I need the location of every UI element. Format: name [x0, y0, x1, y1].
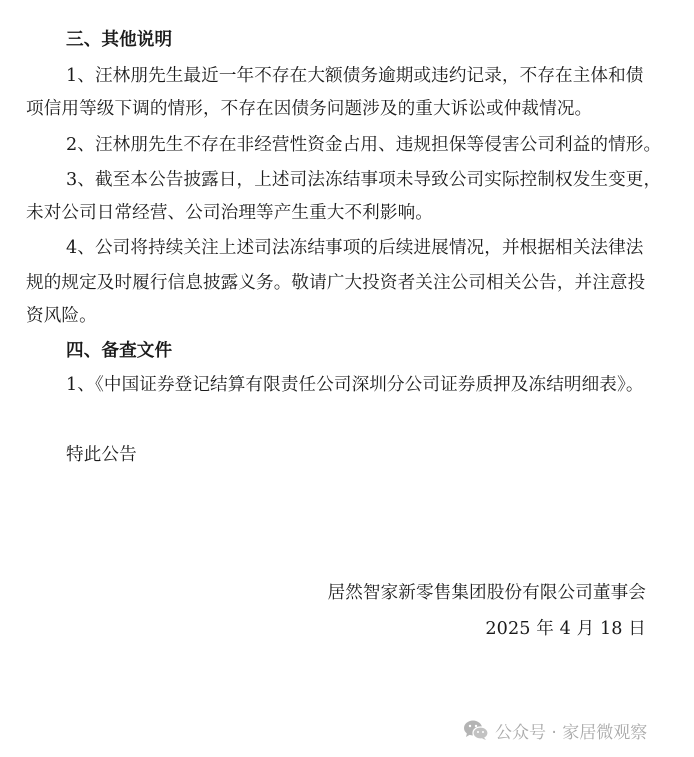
section-heading-other-notes: 三、其他说明 [66, 29, 172, 51]
watermark: 公众号 · 家居微观察 [463, 716, 647, 744]
signature-date: 2025 年 4 月 18 日 [485, 618, 646, 640]
paragraph-line: 资风险。 [26, 305, 97, 327]
reference-document-item: 1、《中国证券登记结算有限责任公司深圳分公司证券质押及冻结明细表》。 [66, 374, 644, 396]
signature-company: 居然智家新零售集团股份有限公司董事会 [328, 582, 647, 604]
paragraph-line: 规的规定及时履行信息披露义务。敬请广大投资者关注公司相关公告，并注意投 [26, 272, 645, 294]
paragraph-line: 项信用等级下调的情形，不存在因债务问题涉及的重大诉讼或仲裁情况。 [26, 98, 592, 120]
paragraph-line: 3、截至本公告披露日，上述司法冻结事项未导致公司实际控制权发生变更， [66, 169, 661, 191]
closing-statement: 特此公告 [66, 444, 137, 466]
paragraph-line: 4、公司将持续关注上述司法冻结事项的后续进展情况，并根据相关法律法 [66, 237, 644, 259]
section-heading-reference-documents: 四、备查文件 [66, 340, 172, 362]
wechat-icon [463, 719, 489, 741]
watermark-label: 公众号 · 家居微观察 [495, 718, 647, 743]
paragraph-line: 未对公司日常经营、公司治理等产生重大不利影响。 [26, 202, 433, 224]
paragraph-line: 2、汪林朋先生不存在非经营性资金占用、违规担保等侵害公司利益的情形。 [66, 134, 661, 156]
paragraph-line: 1、汪林朋先生最近一年不存在大额债务逾期或违约记录，不存在主体和债 [66, 65, 644, 87]
document-page: 三、其他说明 1、汪林朋先生最近一年不存在大额债务逾期或违约记录，不存在主体和债… [0, 0, 694, 757]
